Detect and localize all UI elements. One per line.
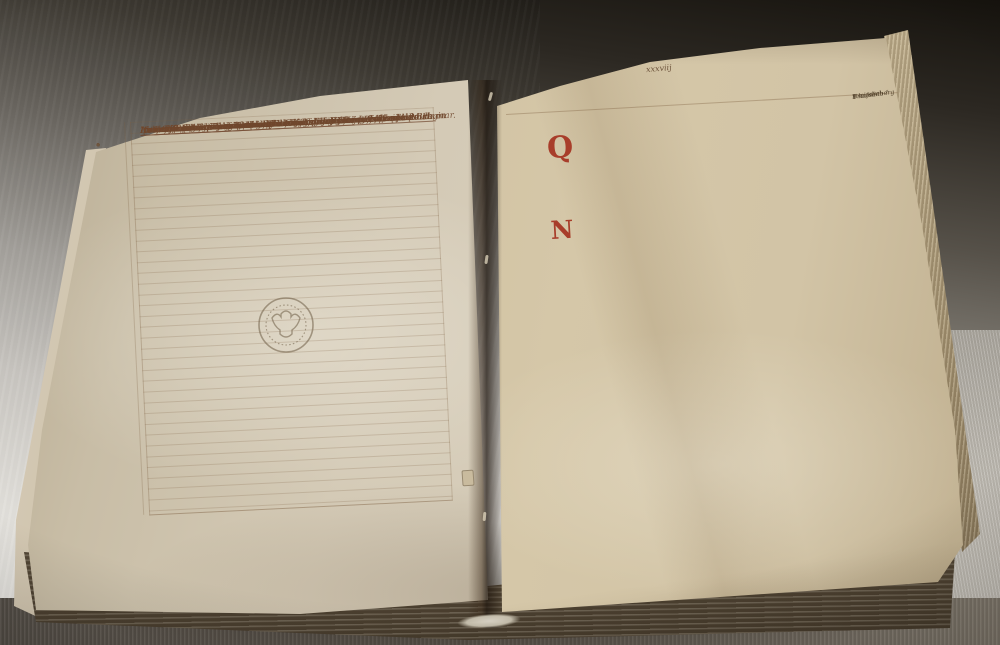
round-ink-stamp-eagle-icon bbox=[257, 296, 315, 354]
photo-open-medieval-manuscript: It ſup p̄miſsis pagina conuenit in heymi… bbox=[0, 0, 1000, 645]
manuscript-line: prouincie duces diuerſis ī locis nobili… bbox=[548, 111, 572, 124]
rubricated-initial-n: N bbox=[550, 218, 574, 243]
rubricated-initial-q: Q bbox=[546, 134, 574, 163]
gutter-spine-shadow bbox=[468, 80, 502, 628]
parchment-tab bbox=[461, 470, 474, 487]
